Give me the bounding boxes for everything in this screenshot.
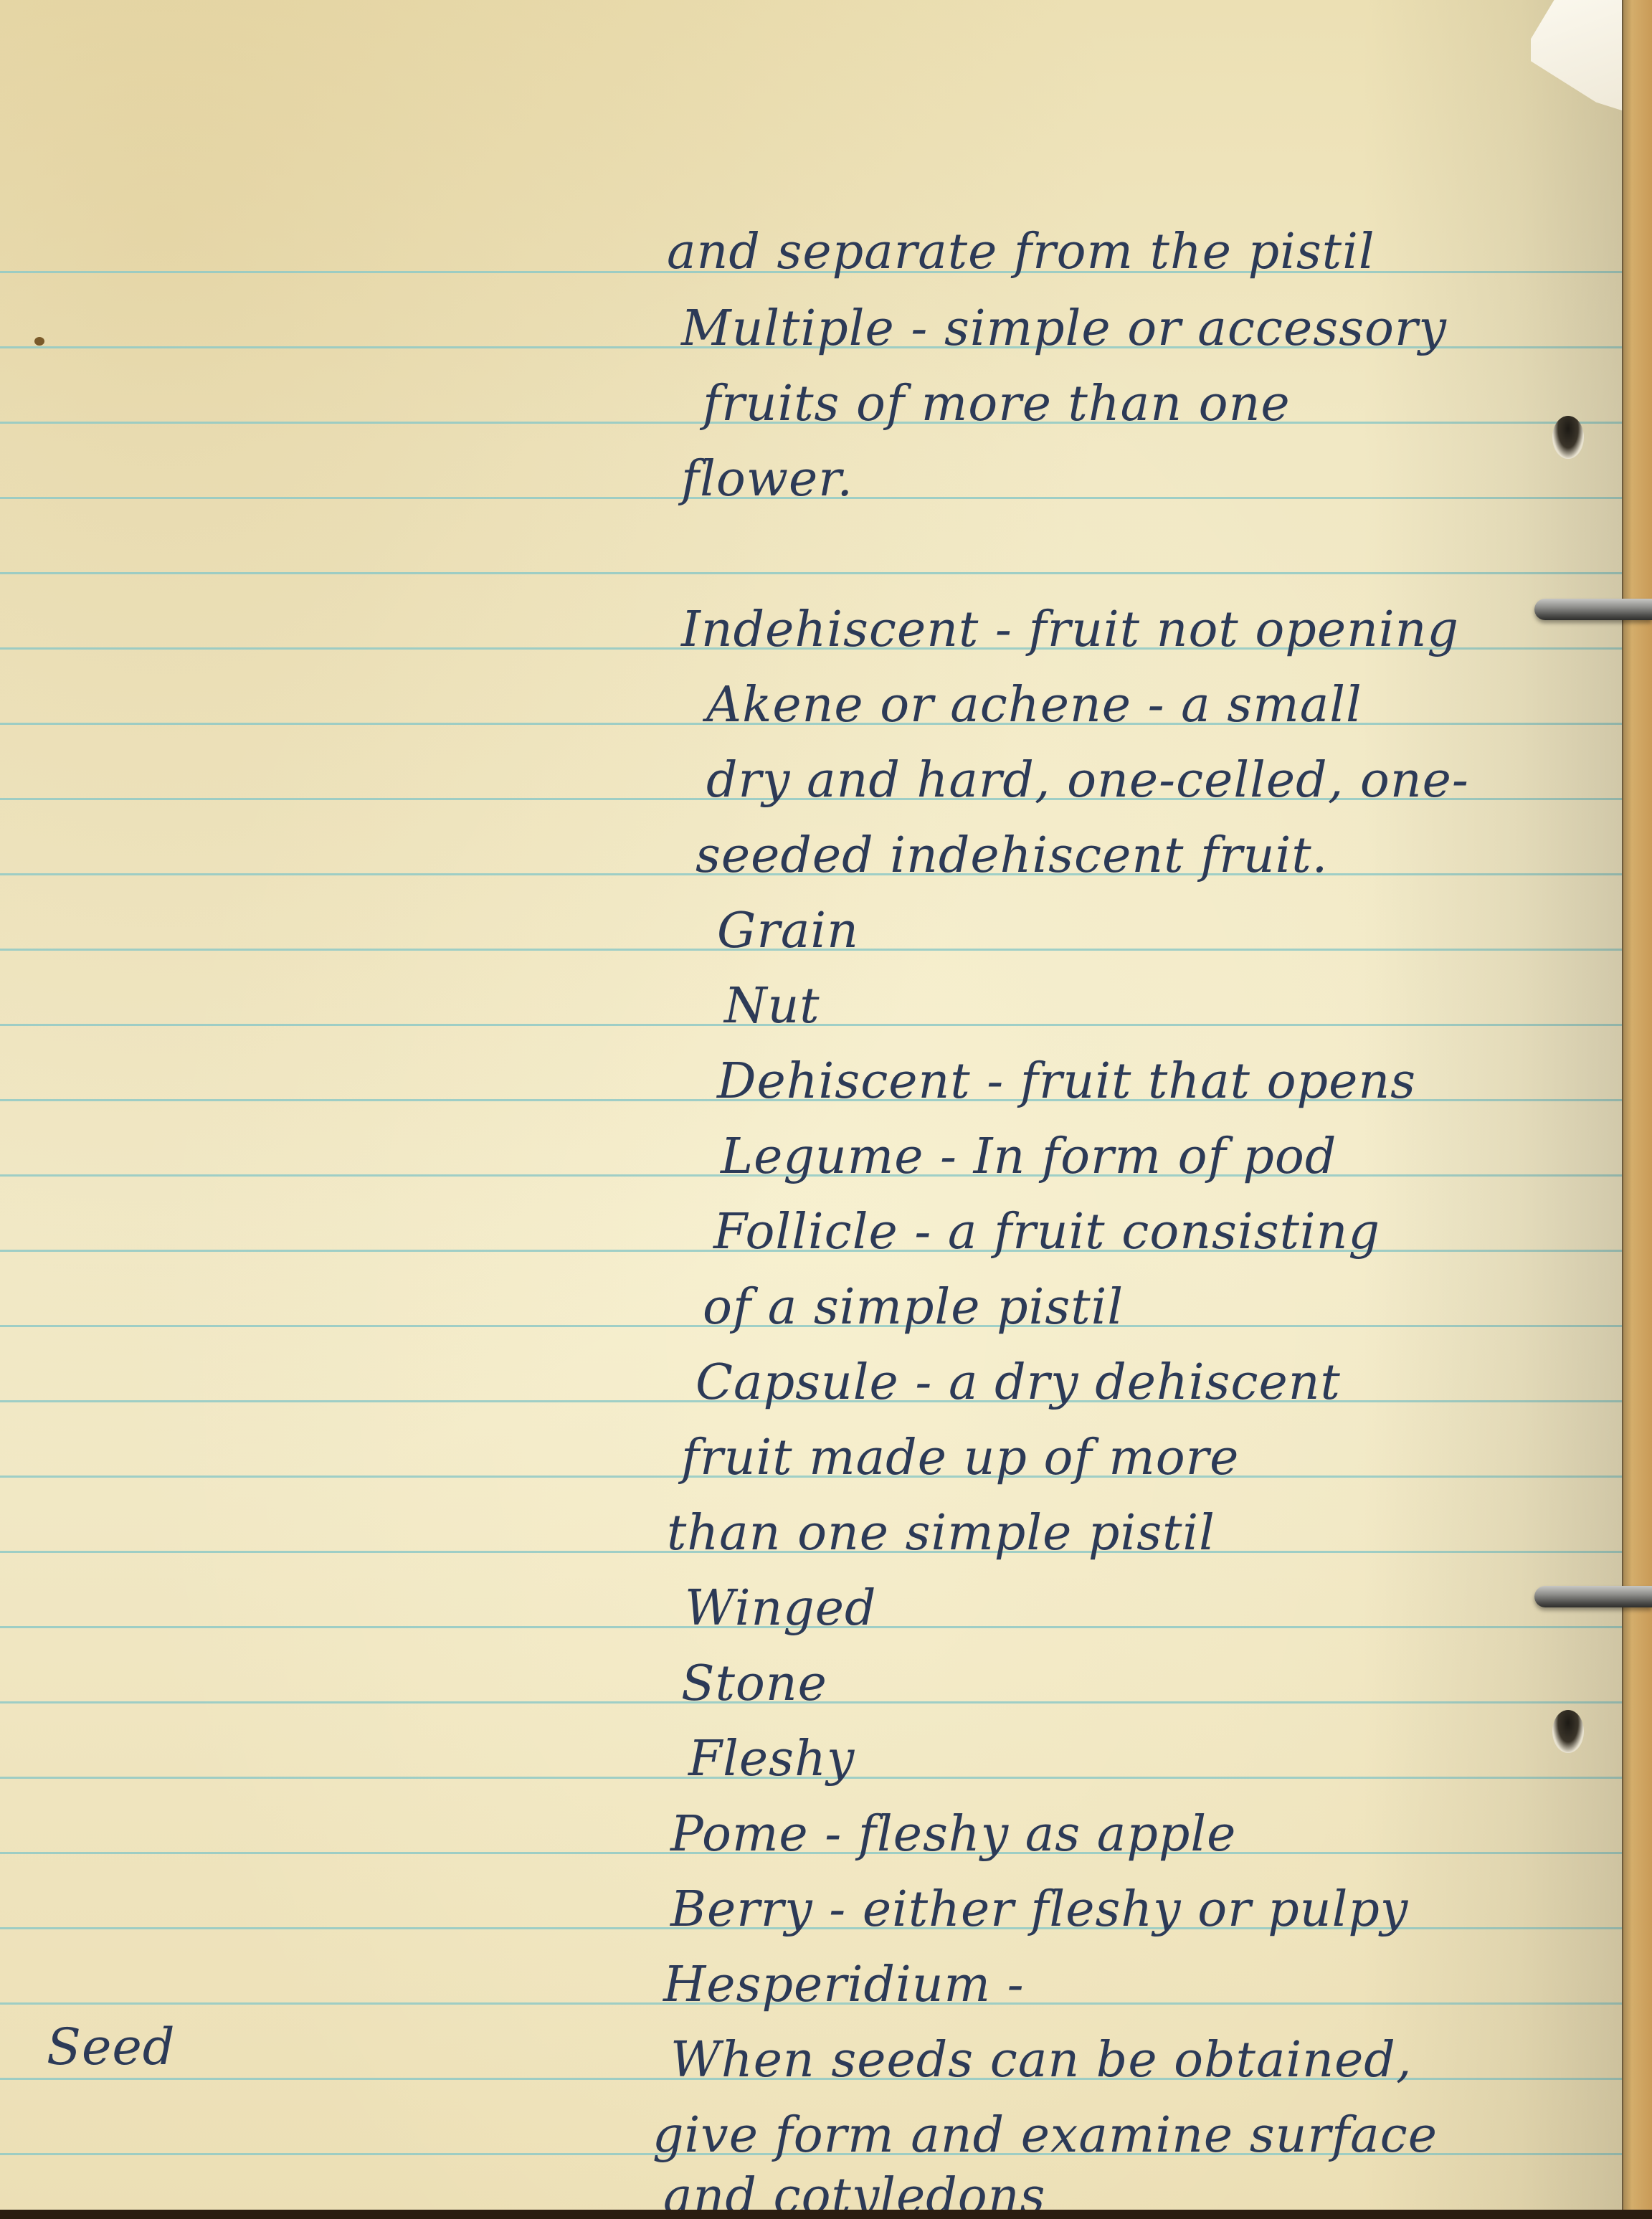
note-line: Stone [681, 1660, 827, 1709]
note-line: Berry - either fleshy or pulpy [670, 1886, 1408, 1934]
handwritten-notes: and separate from the pistil Multiple - … [0, 0, 1622, 2219]
note-line: Multiple - simple or accessory [681, 305, 1447, 353]
note-line: fruit made up of more [681, 1434, 1239, 1483]
note-line: Hesperidium - [663, 1961, 1025, 2010]
note-line: Indehiscent - fruit not opening [681, 606, 1459, 655]
note-line: than one simple pistil [667, 1509, 1215, 1558]
note-line: give form and examine surface [652, 2111, 1438, 2160]
punch-hole-top [1552, 416, 1584, 459]
note-line: Winged [685, 1584, 877, 1633]
note-line: Nut [724, 982, 820, 1031]
note-line: Capsule - a dry dehiscent [696, 1359, 1341, 1407]
note-line: Akene or achene - a small [706, 681, 1362, 730]
note-line: dry and hard, one-celled, one- [706, 756, 1469, 805]
punch-hole-bottom [1552, 1710, 1584, 1753]
note-line: Pome - fleshy as apple [670, 1810, 1236, 1859]
notebook-page: and separate from the pistil Multiple - … [0, 0, 1652, 2219]
note-line: and separate from the pistil [667, 228, 1375, 277]
note-line: flower. [681, 455, 853, 504]
note-line: Fleshy [688, 1735, 855, 1784]
note-line: Grain [717, 907, 859, 956]
binder-ring-top [1534, 599, 1652, 620]
margin-heading-seed: Seed [47, 2022, 176, 2072]
note-line: seeded indehiscent fruit. [696, 832, 1328, 880]
note-line: When seeds can be obtained, [670, 2036, 1412, 2085]
note-line: Legume - In form of pod [721, 1133, 1337, 1182]
note-line: fruits of more than one [703, 380, 1291, 429]
note-line: Follicle - a fruit consisting [713, 1208, 1380, 1257]
note-line: of a simple pistil [703, 1283, 1124, 1332]
binder-ring-bottom [1534, 1586, 1652, 1607]
binder-cover-edge [1622, 0, 1652, 2219]
note-line: Dehiscent - fruit that opens [717, 1058, 1416, 1106]
page-bottom-edge [0, 2210, 1652, 2219]
